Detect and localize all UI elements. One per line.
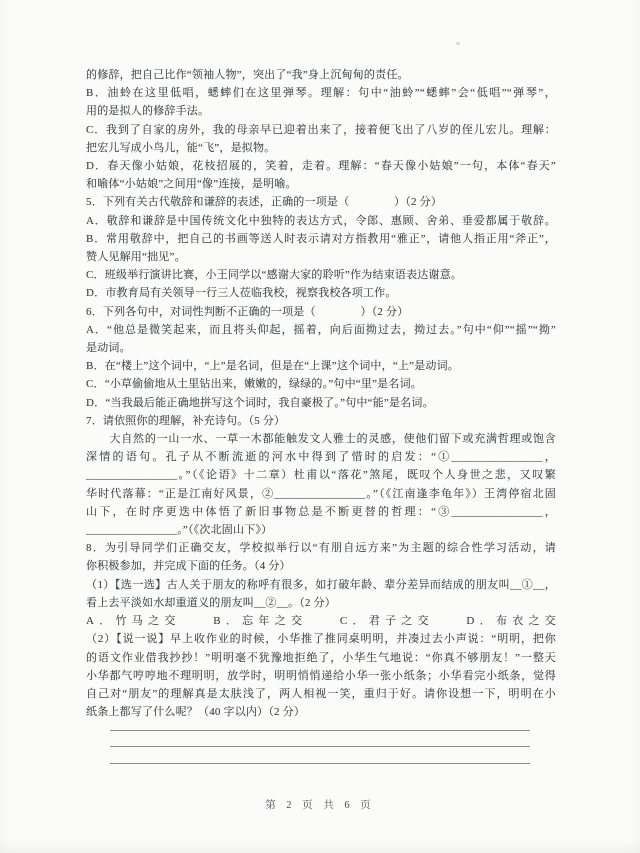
answer-blank-line — [110, 714, 530, 731]
text-line: 华时代落幕：“正是江南好风景，②________________。”（《江南逢李… — [86, 485, 556, 503]
text-line: 7．请依照你的理解，补充诗句。（5 分） — [86, 412, 556, 430]
scan-artifact-dot — [456, 42, 460, 45]
answer-blanks — [110, 714, 530, 764]
text-line: 和喻体“小姑娘”之间用“像”连接，是明喻。 — [86, 175, 556, 193]
text-line: 你积极参加，并完成下面的任务。（4 分） — [86, 557, 556, 575]
text-line: ________________。”（《次北固山下》） — [86, 521, 556, 539]
text-line: 的语文作业借我抄抄！”明明毫不犹豫地拒绝了，小华生气地说：“你真不够朋友！”一整… — [86, 649, 556, 667]
text-line: C．“小草偷偷地从土里钻出来，嫩嫩的，绿绿的。”句中“里”是名词。 — [86, 375, 556, 393]
text-line: 自己对“朋友”的理解真是太肤浅了，两人相视一笑，重归于好。请你设想一下，明明在小 — [86, 685, 556, 703]
text-line: B．油蛉在这里低唱，蟋蟀们在这里弹琴。理解：句中“油蛉”“蟋蟀”会“低唱”“弹琴… — [86, 84, 556, 102]
text-line: 8．为引导同学们正确交友，学校拟举行以“有朋自远方来”为主题的综合性学习活动，请 — [86, 539, 556, 557]
answer-blank-line — [110, 731, 530, 748]
exam-paper-page: { "document": { "lines": [ {"t": "的修辞，把自… — [0, 0, 640, 853]
text-line: 的修辞，把自己比作“领袖人物”，突出了“我”身上沉甸甸的责任。 — [86, 66, 556, 84]
text-line: A．竹马之交 B．忘年之交 C．君子之交 D．布衣之交 — [86, 612, 556, 630]
text-line: 5．下列有关古代敬辞和谦辞的表述，正确的一项是（ ）（2 分） — [86, 193, 556, 211]
text-line: 看上去平淡如水却重道义的朋友叫__②__。（2 分） — [86, 594, 556, 612]
text-line: D．市教育局有关领导一行三人莅临我校，视察我校各项工作。 — [86, 284, 556, 302]
text-line: C．我到了自家的房外，我的母亲早已迎着出来了，接着便飞出了八岁的侄儿宏儿。理解： — [86, 121, 556, 139]
text-line: （2）【说一说】早上收作业的时候，小华推了推同桌明明，并凑过去小声说：“明明，把… — [86, 630, 556, 648]
text-line: 是动词。 — [86, 339, 556, 357]
text-line: （1）【选一选】古人关于朋友的称呼有很多，如打破年龄、辈分差异而结成的朋友叫__… — [86, 576, 556, 594]
text-line: D．春天像小姑娘，花枝招展的，笑着，走着。理解：“春天像小姑娘”一句，本体“春天… — [86, 157, 556, 175]
text-line: 把宏儿写成小鸟儿，能“飞”，是拟物。 — [86, 139, 556, 157]
text-line: 小华都气哼哼地不理明明，放学时，明明悄悄递给小华一张小纸条；小华看完小纸条，觉得 — [86, 667, 556, 685]
page-number-footer: 第 2 页 共 6 页 — [0, 797, 640, 812]
text-line: ________________。”（《论语》十二章）杜甫以“落花”煞尾，既叹个… — [86, 466, 556, 484]
answer-blank-line — [110, 747, 530, 764]
exam-body-text: 的修辞，把自己比作“领袖人物”，突出了“我”身上沉甸甸的责任。B．油蛉在这里低唱… — [86, 66, 556, 721]
text-line: 深情的语句。孔子从不断流逝的河水中得到了惜时的启发：“①____________… — [86, 448, 556, 466]
text-line: 用的是拟人的修辞手法。 — [86, 102, 556, 120]
text-line: D．“当我最后能正确地拼写这个词时，我自豪极了。”句中“能”是名词。 — [86, 394, 556, 412]
text-line: 大自然的一山一水、一草一木都能触发文人雅士的灵感，使他们留下或充满哲理或饱含 — [86, 430, 556, 448]
text-line: 山下，在时序更迭中体悟了新旧事物总是不断更替的哲理：“③____________… — [86, 503, 556, 521]
text-line: 6．下列各句中，对词性判断不正确的一项是（ ）（2 分） — [86, 303, 556, 321]
text-line: A．敬辞和谦辞是中国传统文化中独特的表达方式，令郎、惠顾、舍弟、垂爱都属于敬辞。 — [86, 212, 556, 230]
text-line: A．“他总是微笑起来，而且将头仰起，摇着，向后面拗过去，拗过去。”句中“仰”“摇… — [86, 321, 556, 339]
text-line: B．在“楼上”这个词中，“上”是名词，但是在“上课”这个词中，“上”是动词。 — [86, 357, 556, 375]
text-line: 赞人见解用“拙见”。 — [86, 248, 556, 266]
text-line: C．班级举行演讲比赛，小王同学以“感谢大家的聆听”作为结束语表达谢意。 — [86, 266, 556, 284]
text-line: B．常用敬辞中，把自己的书画等送人时表示请对方指教用“雅正”，请他人指正用“斧正… — [86, 230, 556, 248]
